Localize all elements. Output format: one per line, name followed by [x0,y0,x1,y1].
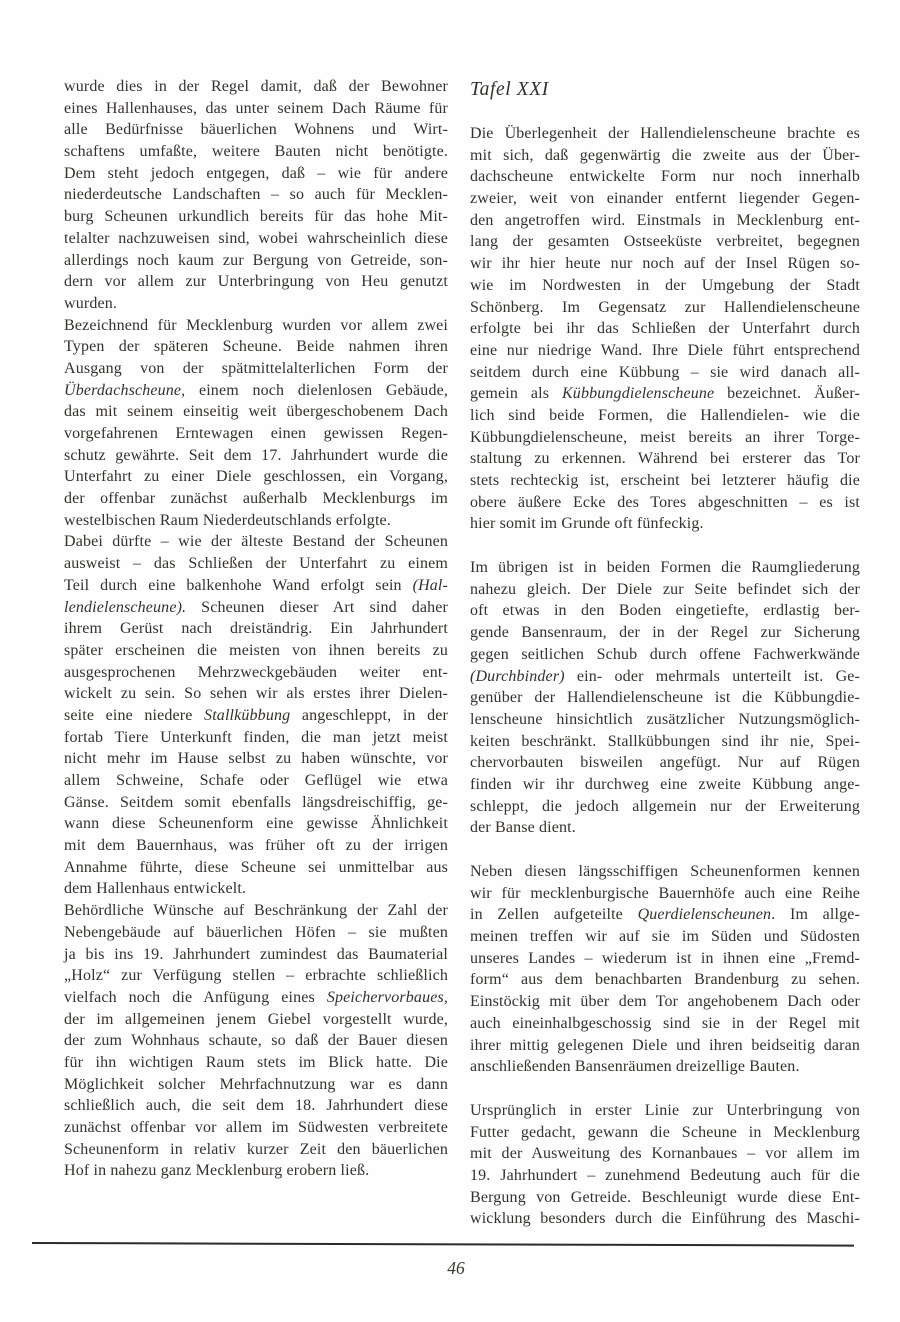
text-run: später erscheinen die meisten von ihnen … [64,642,448,659]
text-line: gende Bansenraum, der in der Regel zur S… [470,622,860,644]
text-line: Dabei dürfte – wie der älteste Bestand d… [64,531,448,553]
text-run: alle Bedürfnisse bäuerlichen Wohnens und… [64,121,448,138]
text-run: seite eine niedere [64,707,204,724]
text-run: der Banse dient. [470,819,576,836]
text-run: in Zellen aufgeteilte [470,906,638,923]
text-run: allerdings noch kaum zur Bergung von Get… [64,252,448,269]
text-run: mit sich, daß gegenwärtig die zweite aus… [470,147,860,164]
text-run: finden wir ihr durchweg eine zweite Kübb… [470,776,860,793]
text-line: allem Schweine, Schafe oder Geflügel wie… [64,770,448,792]
text-line: der zum Wohnhaus schaute, so daß der Bau… [64,1030,448,1052]
text-run: ihrer mittig gelegenen Diele und ihren b… [470,1037,860,1054]
paragraph: Dabei dürfte – wie der älteste Bestand d… [64,531,448,900]
text-line: Ursprünglich in erster Linie zur Unterbr… [470,1100,860,1122]
text-run: nicht mehr im Hause selbst zu haben wüns… [64,750,448,767]
text-line: staltung zu erkennen. Während bei erster… [470,448,860,470]
text-line: alle Bedürfnisse bäuerlichen Wohnens und… [64,119,448,141]
text-run: Gänse. Seitdem somit ebenfalls längsdrei… [64,794,448,811]
text-line: der offenbar zunächst außerhalb Mecklenb… [64,488,448,510]
text-run: schließlich auch, die seit dem 18. Jahrh… [64,1097,448,1114]
text-run: gemein als [470,385,562,402]
text-line: wurden. [64,293,448,315]
text-line: gemein als Kübbungdielenscheune bezeichn… [470,383,860,405]
paragraph: Im übrigen ist in beiden Formen die Raum… [470,557,860,839]
text-line: Hof in nahezu ganz Mecklenburg erobern l… [64,1160,448,1182]
text-run: Unterfahrt zu einer Diele geschlossen, e… [64,468,448,485]
scanned-book-page: wurde dies in der Regel damit, daß der B… [0,0,900,1322]
text-line: ausweist – das Schließen der Unterfahrt … [64,553,448,575]
text-line: ihrer mittig gelegenen Diele und ihren b… [470,1035,860,1057]
text-line: wann diese Scheunenform eine gewisse Ähn… [64,813,448,835]
text-line: burg Scheunen urkundlich bereits für das… [64,206,448,228]
text-run: Neben diesen längsschiffigen Scheunenfor… [470,863,860,880]
text-run: der im allgemeinen jenem Giebel vorgeste… [64,1011,448,1028]
text-line: in Zellen aufgeteilte Querdielenscheunen… [470,904,860,926]
text-run: vielfach noch die Anfügung eines [64,989,327,1006]
italic-text-run: (Durchbinder) [470,668,565,685]
text-line: lang der gesamten Ostseeküste verbreitet… [470,231,860,253]
text-line: Möglichkeit solcher Mehrfachnutzung war … [64,1074,448,1096]
text-run: keiten beschränkt. Stallkübbungen sind i… [470,733,860,750]
text-run: ja bis ins 19. Jahrhundert zumindest das… [64,946,448,963]
text-run: zunächst offenbar vor allem im Südwesten… [64,1119,448,1136]
text-line: das mit seinem einseitig weit übergescho… [64,401,448,423]
text-line: mit sich, daß gegenwärtig die zweite aus… [470,145,860,167]
text-run: Teil durch eine balkenhohe Wand erfolgt … [64,577,413,594]
text-line: wie im Nordwesten in der Umgebung der St… [470,275,860,297]
text-line: 19. Jahrhundert – zunehmend Bedeutung au… [470,1165,860,1187]
text-run: gende Bansenraum, der in der Regel zur S… [470,624,860,641]
text-run: Kübbungdielenscheune, meist bereits an i… [470,429,860,446]
text-run: wurde dies in der Regel damit, daß der B… [64,78,448,95]
text-line: wicklung besonders durch die Einführung … [470,1208,860,1230]
text-run: gegen seitlichen Schub durch offene Fach… [470,646,860,663]
text-line: Die Überlegenheit der Hallendielenscheun… [470,123,860,145]
text-line: allerdings noch kaum zur Bergung von Get… [64,250,448,272]
text-run: Dem steht jedoch entgegen, daß – wie für… [64,165,448,182]
text-line: Neben diesen längsschiffigen Scheunenfor… [470,861,860,883]
paragraph: Behördliche Wünsche auf Beschränkung der… [64,900,448,1182]
text-run: anschließenden Bansenräumen dreizellige … [470,1058,800,1075]
text-line: finden wir ihr durchweg eine zweite Kübb… [470,774,860,796]
text-run: 19. Jahrhundert – zunehmend Bedeutung au… [470,1167,860,1184]
text-line: telalter nachzuweisen sind, wobei wahrsc… [64,228,448,250]
text-line: meinen treffen wir auf sie im Süden und … [470,926,860,948]
text-run: dem Hallenhaus entwickelt. [64,880,246,897]
text-line: lenscheune hinsichtlich zusätzlicher Nut… [470,709,860,731]
text-run: Futter gedacht, gewann die Scheune in Me… [470,1124,860,1141]
text-line: schließlich auch, die seit dem 18. Jahrh… [64,1095,448,1117]
text-line: gegen seitlichen Schub durch offene Fach… [470,644,860,666]
right-column-paragraphs: Die Überlegenheit der Hallendielenscheun… [470,123,860,1230]
footer-rule [32,1242,854,1247]
text-run: „Holz“ zur Verfügung stellen – erbrachte… [64,967,448,984]
text-run: ein- oder mehrmals unterteilt ist. Ge- [565,668,860,685]
text-run: Bergung von Getreide. Beschleunigt wurde… [470,1189,860,1206]
text-line: vielfach noch die Anfügung eines Speiche… [64,987,448,1009]
italic-text-run: Kübbungdielenscheune [562,385,714,402]
text-line: form“ aus dem benachbarten Brandenburg z… [470,969,860,991]
text-run: der offenbar zunächst außerhalb Mecklenb… [64,490,448,507]
text-run: auch eineinhalbgeschossig sind sie in de… [470,1015,860,1032]
text-run: oft etwas in den Boden eingetiefte, erdl… [470,602,860,619]
text-line: Kübbungdielenscheune, meist bereits an i… [470,427,860,449]
text-line: Einstöckig mit über dem Tor angehobenem … [470,991,860,1013]
text-line: ja bis ins 19. Jahrhundert zumindest das… [64,944,448,966]
text-run: lang der gesamten Ostseeküste verbreitet… [470,233,860,250]
text-line: eine nur niedrige Wand. Ihre Diele führt… [470,340,860,362]
text-run: eines Hallenhauses, das unter seinem Dac… [64,100,448,117]
text-line: mit dem Bauernhaus, was früher oft zu de… [64,835,448,857]
text-run: . Im allge- [771,906,860,923]
text-run: Scheunen dieser Art sind daher [186,599,448,616]
text-line: später erscheinen die meisten von ihnen … [64,640,448,662]
text-run: fortab Tiere Unterkunft finden, die man … [64,729,448,746]
text-run: Einstöckig mit über dem Tor angehobenem … [470,993,860,1010]
text-run: telalter nachzuweisen sind, wobei wahrsc… [64,230,448,247]
text-run: dachscheune entwickelte Form nur noch in… [470,168,860,185]
text-line: der Banse dient. [470,817,860,839]
italic-text-run: lendielenscheune). [64,599,186,616]
text-line: mit der Ausweitung des Kornanbaues – vor… [470,1143,860,1165]
text-run: chervorbauten bisweilen angefügt. Nur au… [470,754,860,771]
text-run: wicklung besonders durch die Einführung … [470,1210,860,1227]
text-run: genüber der Hallendielenscheune ist die … [470,689,860,706]
text-line: chervorbauten bisweilen angefügt. Nur au… [470,752,860,774]
text-run: meinen treffen wir auf sie im Süden und … [470,928,860,945]
text-run: allem Schweine, Schafe oder Geflügel wie… [64,772,448,789]
text-run: Bezeichnend für Mecklenburg wurden vor a… [64,317,448,334]
text-line: lendielenscheune). Scheunen dieser Art s… [64,597,448,619]
text-line: Annahme führte, diese Scheune sei unmitt… [64,857,448,879]
text-line: dem Hallenhaus entwickelt. [64,878,448,900]
text-run: Nebengebäude auf bäuerlichen Höfen – sie… [64,924,448,941]
text-line: Schönberg. Im Gegensatz zur Hallendielen… [470,297,860,319]
text-run: dern vor allem zur Unterbringung von Heu… [64,273,448,290]
text-run: wir für mecklenburgische Bauernhöfe auch… [470,885,860,902]
text-line: Teil durch eine balkenhohe Wand erfolgt … [64,575,448,597]
text-line: stets rechteckig ist, erscheint bei letz… [470,470,860,492]
text-run: Hof in nahezu ganz Mecklenburg erobern l… [64,1162,369,1179]
text-run: Möglichkeit solcher Mehrfachnutzung war … [64,1076,448,1093]
text-run: Schönberg. Im Gegensatz zur Hallendielen… [470,299,860,316]
text-line: wir ihr hier heute nur noch auf der Inse… [470,253,860,275]
text-line: schleppt, die jedoch allgemein nur der E… [470,796,860,818]
text-line: für ihn wichtigen Raum stets im Blick ha… [64,1052,448,1074]
text-line: ihrem Gerüst nach dreiständrig. Ein Jahr… [64,618,448,640]
text-run: schleppt, die jedoch allgemein nur der E… [470,798,860,815]
text-run: Im übrigen ist in beiden Formen die Raum… [470,559,860,576]
text-run: Typen der späteren Scheune. Beide nahmen… [64,338,448,355]
italic-text-run: (Hal- [413,577,448,594]
text-line: Gänse. Seitdem somit ebenfalls längsdrei… [64,792,448,814]
paragraph: Die Überlegenheit der Hallendielenscheun… [470,123,860,535]
text-run: Scheunenform in relativ kurzer Zeit den … [64,1141,448,1158]
text-run: nahezu gleich. Der Diele zur Seite befin… [470,581,860,598]
text-run: Behördliche Wünsche auf Beschränkung der… [64,902,448,919]
text-run: schaftens umfaßte, weitere Bauten nicht … [64,143,448,160]
text-run: zweier, weit von einander entfernt liege… [470,190,860,207]
text-line: oft etwas in den Boden eingetiefte, erdl… [470,600,860,622]
text-line: Unterfahrt zu einer Diele geschlossen, e… [64,466,448,488]
paragraph: Bezeichnend für Mecklenburg wurden vor a… [64,315,448,532]
text-line: seite eine niedere Stallkübbung angeschl… [64,705,448,727]
text-run: wir ihr hier heute nur noch auf der Inse… [470,255,860,272]
text-run: stets rechteckig ist, erscheint bei letz… [470,472,860,489]
text-line: anschließenden Bansenräumen dreizellige … [470,1056,860,1078]
text-line: Im übrigen ist in beiden Formen die Raum… [470,557,860,579]
text-line: Typen der späteren Scheune. Beide nahmen… [64,336,448,358]
text-run: lich sind beide Formen, die Hallendielen… [470,407,860,424]
text-run: bezeichnet. Äußer- [714,385,860,402]
text-run: vorgefahrenen Erntewagen einen gewissen … [64,425,448,442]
text-run: eine nur niedrige Wand. Ihre Diele führt… [470,342,860,359]
italic-text-run: Speichervorbaues, [327,989,448,1006]
text-line: Ausgang von der spätmittelalterlichen Fo… [64,358,448,380]
text-line: lich sind beide Formen, die Hallendielen… [470,405,860,427]
paragraph: wurde dies in der Regel damit, daß der B… [64,76,448,315]
text-run: Annahme führte, diese Scheune sei unmitt… [64,859,448,876]
text-run: Die Überlegenheit der Hallendielenscheun… [470,125,860,142]
italic-text-run: Querdielenscheunen [638,906,772,923]
text-line: erfolgte bei ihr das Schließen der Unter… [470,318,860,340]
text-line: Überdachscheune, einem noch dielenlosen … [64,380,448,402]
text-run: seitdem durch eine Kübbung – sie wird da… [470,364,860,381]
text-run: wie im Nordwesten in der Umgebung der St… [470,277,860,294]
text-line: Bezeichnend für Mecklenburg wurden vor a… [64,315,448,337]
text-run: mit dem Bauernhaus, was früher oft zu de… [64,837,448,854]
text-line: fortab Tiere Unterkunft finden, die man … [64,727,448,749]
text-line: auch eineinhalbgeschossig sind sie in de… [470,1013,860,1035]
text-line: wir für mecklenburgische Bauernhöfe auch… [470,883,860,905]
text-run: wickelt zu sein. So sehen wir als erstes… [64,685,448,702]
text-run: westelbischen Raum Niederdeutschlands er… [64,512,391,529]
text-run: das mit seinem einseitig weit übergescho… [64,403,448,420]
text-line: (Durchbinder) ein- oder mehrmals unterte… [470,666,860,688]
paragraph: Ursprünglich in erster Linie zur Unterbr… [470,1100,860,1230]
text-run: erfolgte bei ihr das Schließen der Unter… [470,320,860,337]
text-line: westelbischen Raum Niederdeutschlands er… [64,510,448,532]
text-line: eines Hallenhauses, das unter seinem Dac… [64,98,448,120]
left-text-column: wurde dies in der Regel damit, daß der B… [64,76,448,1182]
text-line: zweier, weit von einander entfernt liege… [470,188,860,210]
text-run: niederdeutsche Landschaften – so auch fü… [64,186,448,203]
text-run: , einem noch dielenlosen Gebäude, [181,382,448,399]
text-line: Dem steht jedoch entgegen, daß – wie für… [64,163,448,185]
text-line: Bergung von Getreide. Beschleunigt wurde… [470,1187,860,1209]
text-line: Futter gedacht, gewann die Scheune in Me… [470,1122,860,1144]
text-run: Ausgang von der spätmittelalterlichen Fo… [64,360,448,377]
text-line: nicht mehr im Hause selbst zu haben wüns… [64,748,448,770]
section-heading: Tafel XXI [470,78,860,101]
text-line: der im allgemeinen jenem Giebel vorgeste… [64,1009,448,1031]
text-line: zunächst offenbar vor allem im Südwesten… [64,1117,448,1139]
text-line: schutz gewährte. Seit dem 17. Jahrhunder… [64,445,448,467]
text-run: ausgesprochenen Mehrzweckgebäuden weiter… [64,664,448,681]
text-run: burg Scheunen urkundlich bereits für das… [64,208,448,225]
text-run: wurden. [64,295,117,312]
text-line: seitdem durch eine Kübbung – sie wird da… [470,362,860,384]
right-text-column: Tafel XXI Die Überlegenheit der Hallendi… [470,78,860,1230]
text-line: niederdeutsche Landschaften – so auch fü… [64,184,448,206]
text-run: ausweist – das Schließen der Unterfahrt … [64,555,448,572]
text-line: dachscheune entwickelte Form nur noch in… [470,166,860,188]
text-line: Scheunenform in relativ kurzer Zeit den … [64,1139,448,1161]
text-line: keiten beschränkt. Stallkübbungen sind i… [470,731,860,753]
text-run: staltung zu erkennen. Während bei erster… [470,450,860,467]
text-run: hier somit im Grunde oft fünfeckig. [470,515,704,532]
text-line: wurde dies in der Regel damit, daß der B… [64,76,448,98]
text-line: schaftens umfaßte, weitere Bauten nicht … [64,141,448,163]
text-run: unseres Landes – wiederum ist in ihnen e… [470,950,860,967]
text-line: hier somit im Grunde oft fünfeckig. [470,513,860,535]
text-run: lenscheune hinsichtlich zusätzlicher Nut… [470,711,860,728]
italic-text-run: Überdachscheune [64,382,181,399]
text-run: wann diese Scheunenform eine gewisse Ähn… [64,815,448,832]
text-run: form“ aus dem benachbarten Brandenburg z… [470,971,860,988]
page-number: 46 [32,1258,880,1279]
paragraph: Neben diesen längsschiffigen Scheunenfor… [470,861,860,1078]
text-line: dern vor allem zur Unterbringung von Heu… [64,271,448,293]
text-run: der zum Wohnhaus schaute, so daß der Bau… [64,1032,448,1049]
text-line: obere äußere Ecke des Tores abgeschnitte… [470,492,860,514]
text-run: ihrem Gerüst nach dreiständrig. Ein Jahr… [64,620,448,637]
text-line: Nebengebäude auf bäuerlichen Höfen – sie… [64,922,448,944]
text-line: vorgefahrenen Erntewagen einen gewissen … [64,423,448,445]
text-line: ausgesprochenen Mehrzweckgebäuden weiter… [64,662,448,684]
text-run: den angetroffen wird. Einstmals in Meckl… [470,212,860,229]
text-line: genüber der Hallendielenscheune ist die … [470,687,860,709]
text-run: für ihn wichtigen Raum stets im Blick ha… [64,1054,448,1071]
text-run: angeschleppt, in der [290,707,448,724]
text-line: unseres Landes – wiederum ist in ihnen e… [470,948,860,970]
text-run: Dabei dürfte – wie der älteste Bestand d… [64,533,448,550]
text-run: mit der Ausweitung des Kornanbaues – vor… [470,1145,860,1162]
text-line: den angetroffen wird. Einstmals in Meckl… [470,210,860,232]
text-run: Ursprünglich in erster Linie zur Unterbr… [470,1102,860,1119]
text-run: schutz gewährte. Seit dem 17. Jahrhunder… [64,447,448,464]
text-line: Behördliche Wünsche auf Beschränkung der… [64,900,448,922]
text-run: obere äußere Ecke des Tores abgeschnitte… [470,494,860,511]
italic-text-run: Stallkübbung [204,707,290,724]
text-line: nahezu gleich. Der Diele zur Seite befin… [470,579,860,601]
text-line: „Holz“ zur Verfügung stellen – erbrachte… [64,965,448,987]
text-line: wickelt zu sein. So sehen wir als erstes… [64,683,448,705]
